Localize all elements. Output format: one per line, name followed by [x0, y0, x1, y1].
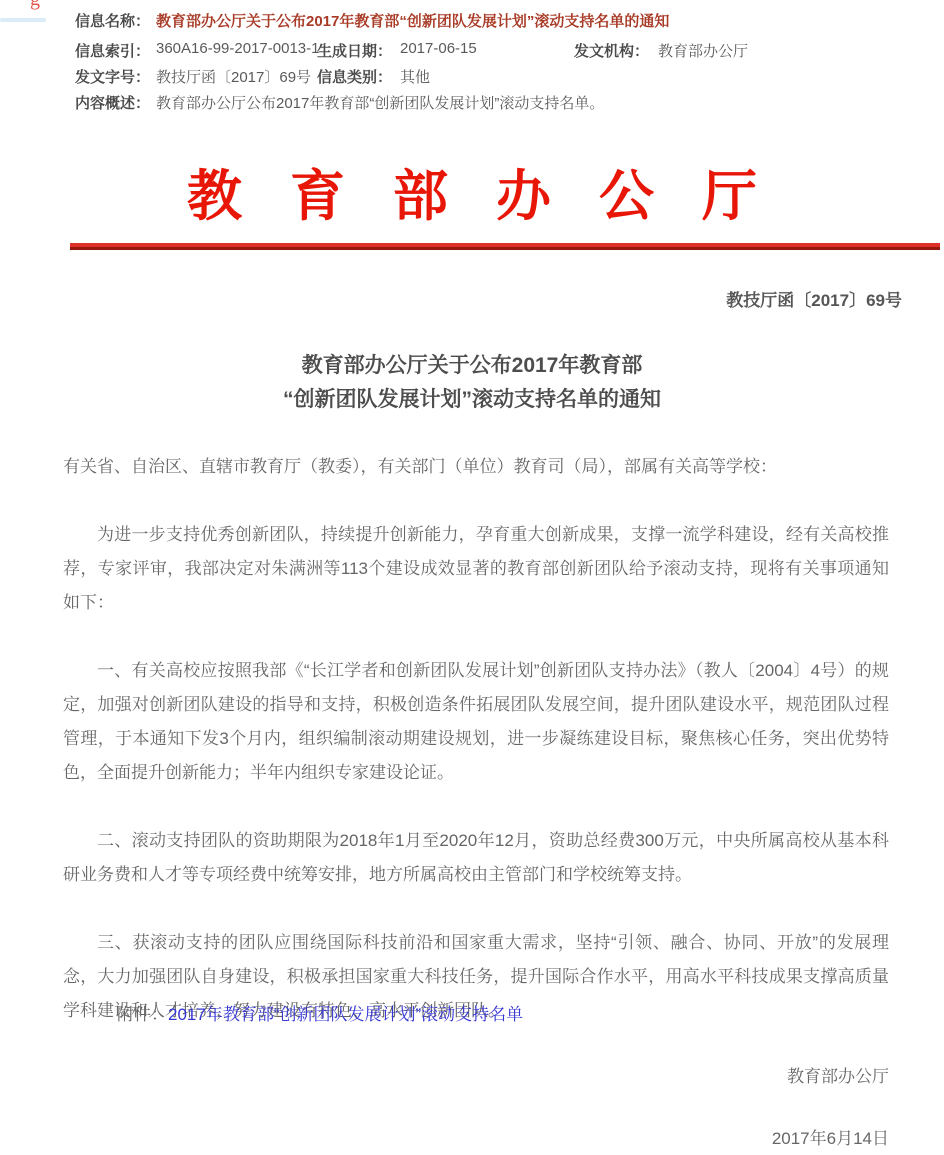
paragraph-item-1: 一、有关高校应按照我部《“长江学者和创新团队发展计划”创新团队支持办法》（教人〔…: [63, 654, 889, 790]
meta-name-value: 教育部办公厅关于公布2017年教育部“创新团队发展计划”滚动支持名单的通知: [156, 10, 669, 31]
meta-gen-date-value: 2017-06-15: [400, 40, 477, 57]
meta-name-label: 信息名称：: [75, 10, 150, 31]
meta-summary-label: 内容概述：: [75, 92, 150, 113]
meta-org-value: 教育部办公厅: [658, 40, 748, 61]
letterhead-title: 教育部办公厅: [0, 152, 944, 231]
meta-doc-no-value: 教技厅函〔2017〕69号: [156, 66, 311, 87]
attachment-link[interactable]: 2017年教育部“创新团队发展计划”滚动支持名单: [168, 1005, 523, 1024]
document-page: g 信息名称： 教育部办公厅关于公布2017年教育部“创新团队发展计划”滚动支持…: [0, 0, 944, 1155]
page-edge-smear: [0, 18, 46, 22]
meta-org-label: 发文机构：: [574, 40, 649, 61]
paragraph-intro: 为进一步支持优秀创新团队，持续提升创新能力，孕育重大创新成果，支撑一流学科建设，…: [63, 518, 889, 620]
document-title-line2: “创新团队发展计划”滚动支持名单的通知: [0, 383, 944, 417]
paragraph-item-2: 二、滚动支持团队的资助期限为2018年1月至2020年12月，资助总经费300万…: [63, 824, 889, 892]
signature-org: 教育部办公厅: [787, 1062, 889, 1087]
document-title-line1: 教育部办公厅关于公布2017年教育部: [0, 349, 944, 383]
page-edge-artifact: g: [30, 0, 50, 15]
signature-date: 2017年6月14日: [772, 1124, 889, 1149]
meta-index-value: 360A16-99-2017-0013-1: [156, 40, 319, 57]
meta-type-value: 其他: [400, 66, 430, 87]
meta-index-label: 信息索引：: [75, 40, 150, 61]
meta-gen-date-label: 生成日期：: [317, 40, 392, 61]
document-number: 教技厅函〔2017〕69号: [726, 286, 902, 311]
attachment-label: 附件：: [117, 1005, 168, 1024]
meta-summary-value: 教育部办公厅公布2017年教育部“创新团队发展计划”滚动支持名单。: [156, 92, 604, 113]
meta-type-label: 信息类别：: [317, 66, 392, 87]
attachment-line: 附件：2017年教育部“创新团队发展计划”滚动支持名单: [117, 1000, 523, 1025]
meta-doc-no-label: 发文字号：: [75, 66, 150, 87]
document-body: 有关省、自治区、直辖市教育厅（教委），有关部门（单位）教育司（局），部属有关高等…: [63, 450, 889, 1028]
document-title: 教育部办公厅关于公布2017年教育部 “创新团队发展计划”滚动支持名单的通知: [0, 349, 944, 417]
salutation: 有关省、自治区、直辖市教育厅（教委），有关部门（单位）教育司（局），部属有关高等…: [63, 450, 889, 484]
letterhead-double-rule: [70, 243, 940, 250]
